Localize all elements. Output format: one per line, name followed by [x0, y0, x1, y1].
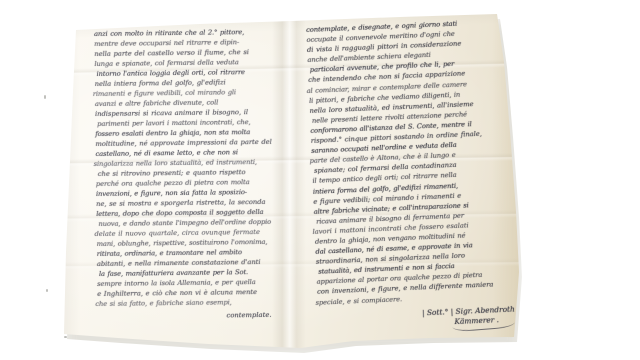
photo-speck [64, 336, 67, 338]
catchword: contemplate. [97, 312, 281, 321]
paper-left-shading [58, 12, 80, 352]
photo-speck [46, 289, 48, 292]
handwriting-block-right: contemplate, e disegnate, e ogni giorno … [306, 19, 510, 309]
handwritten-line: che si sia fatto, e fabriche siano esemp… [95, 299, 281, 311]
photo-speck [44, 95, 46, 99]
letter-page-left: anzi con molto in ritirante che al 2.° p… [94, 29, 282, 321]
photograph-of-handwritten-letter: anzi con molto in ritirante che al 2.° p… [0, 0, 640, 360]
letter-sheet: anzi con molto in ritirante che al 2.° p… [58, 12, 520, 352]
letter-page-right: contemplate, e disegnate, e ogni giorno … [306, 19, 511, 337]
handwriting-block-left: anzi con molto in ritirante che al 2.° p… [94, 29, 281, 311]
